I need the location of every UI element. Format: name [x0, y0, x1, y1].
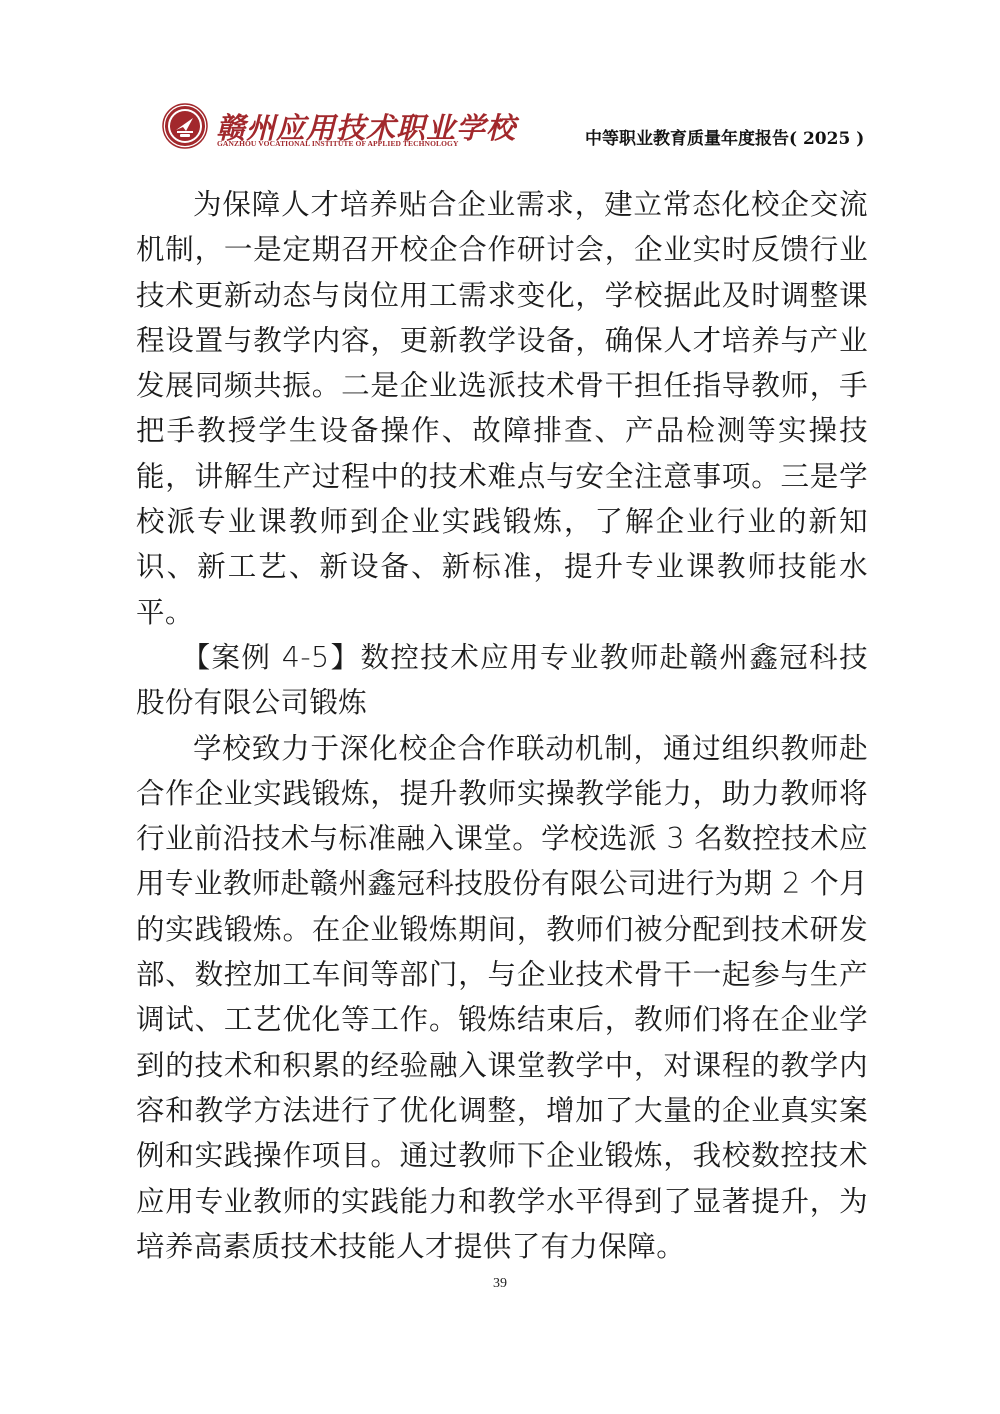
- document-body: 为保障人才培养贴合企业需求，建立常态化校企交流机制，一是定期召开校企合作研讨会，…: [136, 182, 868, 1269]
- school-name-english: GANZHOU VOCATIONAL INSTITUTE OF APPLIED …: [217, 139, 459, 148]
- report-title: 中等职业教育质量年度报告( 2025 ): [585, 124, 864, 149]
- paragraph-case-description: 学校致力于深化校企合作联动机制，通过组织教师赴合作企业实践锻炼，提升教师实操教学…: [136, 726, 868, 1270]
- school-seal-icon: [162, 103, 208, 149]
- case-title: 【案例 4-5】数控技术应用专业教师赴赣州鑫冠科技股份有限公司锻炼: [136, 635, 868, 726]
- paragraph-exchange-mechanism: 为保障人才培养贴合企业需求，建立常态化校企交流机制，一是定期召开校企合作研讨会，…: [136, 182, 868, 635]
- page-number: 39: [0, 1276, 1000, 1292]
- page-header: 赣州应用技术职业学校 GANZHOU VOCATIONAL INSTITUTE …: [0, 0, 1000, 170]
